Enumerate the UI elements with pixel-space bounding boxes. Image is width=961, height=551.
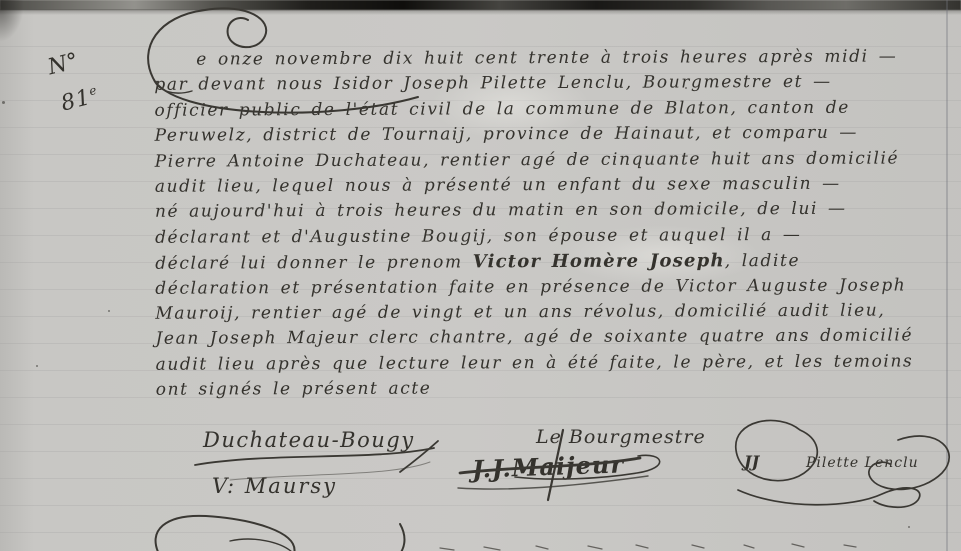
act-body: e onze novembre dix huit cent trente à t…	[154, 44, 956, 403]
paper-speck	[2, 101, 5, 104]
signature-father-duchateau-bougy: Duchateau-Bougy	[203, 428, 415, 452]
act-number-label: N°	[45, 49, 80, 81]
scanned-register-page: N° 81e e onze novembre dix huit cent tre…	[0, 0, 961, 551]
signature-bourgmestre-pilette: Pilette Lenclu	[806, 455, 919, 471]
act-line-4: Peruwelz, district de Tournaij, province…	[155, 120, 955, 149]
act-line-3: officier public de l'état civil de la co…	[154, 95, 954, 124]
act-line-8: déclarant et d'Augustine Bougij, son épo…	[155, 222, 955, 251]
act-line-12: Jean Joseph Majeur clerc chantre, agé de…	[155, 324, 955, 353]
margin-act-number: N° 81e	[45, 49, 80, 81]
signature-witness-mauroy: V: Maursy	[212, 474, 337, 498]
scan-top-edge-fade	[0, 9, 961, 15]
child-name-highlight: Victor Homère Joseph	[473, 250, 725, 272]
next-act-flourish	[156, 516, 856, 551]
signature-bourgmestre-monogram: JJ	[744, 452, 759, 471]
act-line-6: audit lieu, lequel nous à présenté un en…	[155, 171, 955, 200]
act-line-2: par devant nous Isidor Joseph Pilette Le…	[154, 70, 954, 99]
act-number-value: 81e	[58, 83, 101, 117]
act-line-9-child-name: déclaré lui donner le prenom Victor Homè…	[155, 247, 955, 276]
corner-smudge	[0, 0, 24, 42]
act-line-14: ont signés le présent acte	[156, 374, 956, 403]
name-line-pre: déclaré lui donner le prenom	[155, 252, 473, 273]
act-line-5: Pierre Antoine Duchateau, rentier agé de…	[155, 146, 955, 175]
act-line-1: e onze novembre dix huit cent trente à t…	[154, 44, 954, 73]
act-line-13: audit lieu après que lecture leur en à é…	[156, 349, 956, 378]
name-line-post: , ladite	[725, 251, 800, 271]
act-line-11: Mauroij, rentier agé de vingt et un ans …	[155, 298, 955, 327]
paper-speck	[908, 526, 910, 528]
paper-speck	[36, 365, 38, 367]
act-line-10: déclaration et présentation faite en pré…	[155, 273, 955, 302]
signature-witness-majeur: J.J.Maijeur	[472, 449, 625, 483]
bourgmestre-title: Le Bourgmestre	[536, 426, 706, 448]
paper-speck	[108, 310, 110, 312]
act-line-7: né aujourd'hui à trois heures du matin e…	[155, 197, 955, 226]
